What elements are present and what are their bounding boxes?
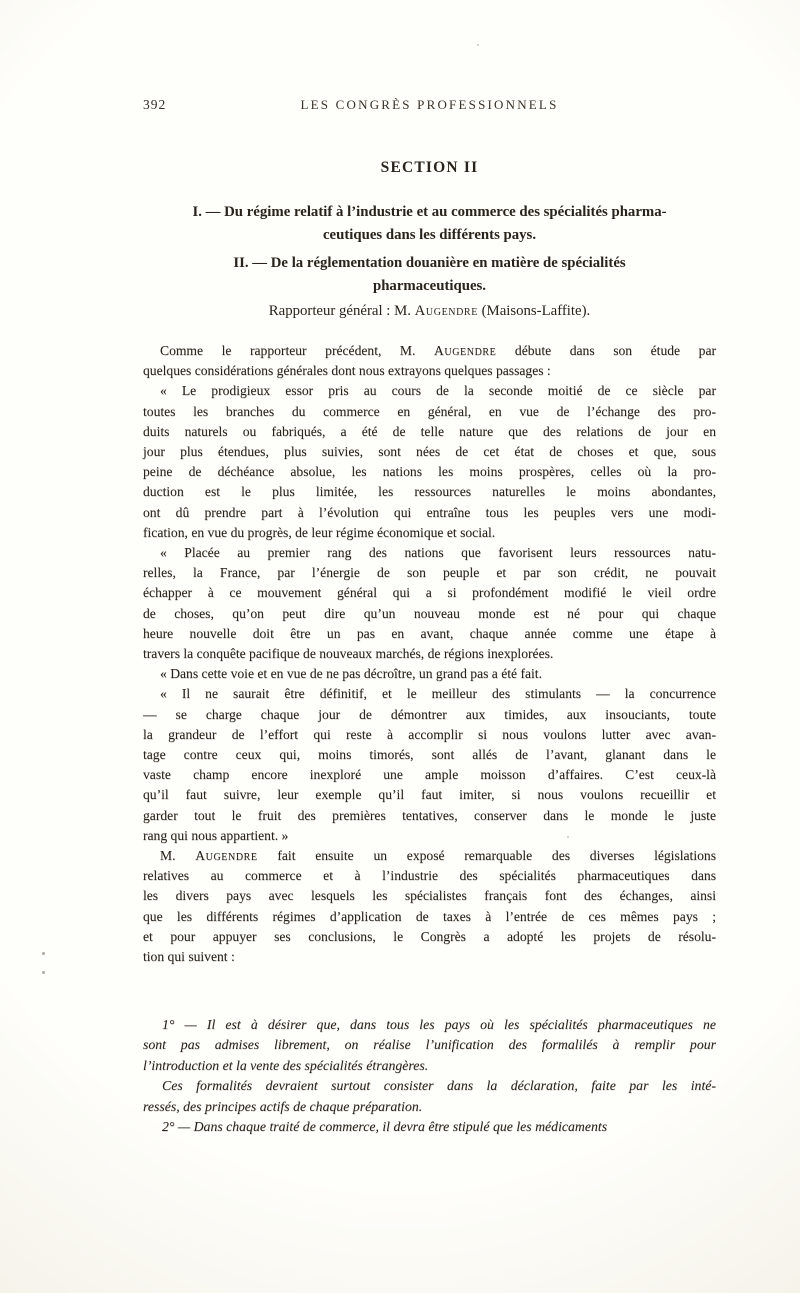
text-line: que les différents régimes d’application… (143, 907, 716, 927)
section-title: SECTION II (143, 159, 716, 177)
resolutions-text: 1° — Il est à désirer que, dans tous les… (143, 1015, 716, 1137)
text-line: « Le prodigieux essor pris au cours de l… (143, 381, 716, 401)
text-line: duits naturels ou fabriqués, a été de te… (143, 422, 716, 442)
text-line: « Dans cette voie et en vue de ne pas dé… (143, 664, 716, 684)
text-line: et pour appuyer ses conclusions, le Cong… (143, 927, 716, 947)
text-line: « Il ne saurait être définitif, et le me… (143, 684, 716, 704)
text-line: tion qui suivent : (143, 947, 716, 967)
text-line: — se charge chaque jour de démontrer aux… (143, 705, 716, 725)
text-line: l’introduction et la vente des spécialit… (143, 1056, 716, 1076)
text-line: la grandeur de l’effort qui reste à acco… (143, 725, 716, 745)
paragraph: M. Augendre fait ensuite un exposé remar… (143, 846, 716, 967)
heading-line: I. — Du régime relatif à l’industrie et … (143, 201, 716, 224)
text-line: fication, en vue du progrès, de leur rég… (143, 523, 716, 543)
text-line: M. Augendre fait ensuite un exposé remar… (143, 846, 716, 866)
text-line: de choses, qu’on peut dire qu’un nouveau… (143, 604, 716, 624)
body-text: Comme le rapporteur précédent, M. Augend… (143, 341, 716, 967)
text-line: Comme le rapporteur précédent, M. Augend… (143, 341, 716, 361)
text-line: sont pas admises librement, on réalise l… (143, 1035, 716, 1055)
paragraph: Comme le rapporteur précédent, M. Augend… (143, 341, 716, 381)
running-title: LES CONGRÈS PROFESSIONNELS (143, 97, 716, 113)
text-line: toutes les branches du commerce en génér… (143, 402, 716, 422)
scanned-book-page: 392 LES CONGRÈS PROFESSIONNELS SECTION I… (0, 0, 800, 1293)
text-line: peine de déchéance absolue, les nations … (143, 462, 716, 482)
text-line: 1° — Il est à désirer que, dans tous les… (143, 1015, 716, 1035)
text-line: ont dû prendre part à l’évolution qui en… (143, 503, 716, 523)
paragraph: Ces formalités devraient surtout consist… (143, 1076, 716, 1117)
heading-line: ceutiques dans les différents pays. (143, 224, 716, 247)
text-line: relatives au commerce et à l’industrie d… (143, 866, 716, 886)
text-line: tage contre ceux qui, moins timorés, son… (143, 745, 716, 765)
text-line: rang qui nous appartient. » (143, 826, 716, 846)
text-line: 2° — Dans chaque traité de commerce, il … (143, 1117, 716, 1137)
paragraph: « Le prodigieux essor pris au cours de l… (143, 381, 716, 543)
heading-item-2: II. — De la réglementation douanière en … (143, 252, 716, 297)
scan-speck (42, 952, 45, 955)
text-line: qu’il faut suivre, leur exemple qu’il fa… (143, 785, 716, 805)
paragraph: « Placée au premier rang des nations que… (143, 543, 716, 664)
text-line: les divers pays avec lesquels les spécia… (143, 886, 716, 906)
text-line: Ces formalités devraient surtout consist… (143, 1076, 716, 1096)
text-line: relles, la France, par l’énergie de son … (143, 563, 716, 583)
heading-line: pharmaceutiques. (143, 275, 716, 298)
text-line: travers la conquête pacifique de nouveau… (143, 644, 716, 664)
text-line: jour plus étendues, plus suivies, sont n… (143, 442, 716, 462)
paragraph: « Dans cette voie et en vue de ne pas dé… (143, 664, 716, 684)
text-line: garder tout le fruit des premières tenta… (143, 806, 716, 826)
paragraph: 2° — Dans chaque traité de commerce, il … (143, 1117, 716, 1137)
text-line: quelques considérations générales dont n… (143, 361, 716, 381)
heading-line: II. — De la réglementation douanière en … (143, 252, 716, 275)
scan-speck (42, 971, 45, 974)
heading-item-1: I. — Du régime relatif à l’industrie et … (143, 201, 716, 246)
scan-speck (567, 836, 569, 838)
text-line: heure nouvelle doit être un pas en avant… (143, 624, 716, 644)
rapporteur-line: Rapporteur général : M. Augendre (Maison… (143, 303, 716, 320)
text-line: échapper à ce mouvement général qui a si… (143, 583, 716, 603)
scan-speck (477, 44, 479, 46)
running-header: 392 LES CONGRÈS PROFESSIONNELS (143, 97, 716, 115)
paragraph: « Il ne saurait être définitif, et le me… (143, 684, 716, 846)
text-line: ressés, des principes actifs de chaque p… (143, 1097, 716, 1117)
paragraph: 1° — Il est à désirer que, dans tous les… (143, 1015, 716, 1076)
text-line: vaste champ encore inexploré une ample m… (143, 765, 716, 785)
text-line: « Placée au premier rang des nations que… (143, 543, 716, 563)
text-line: duction est le plus limitée, les ressour… (143, 482, 716, 502)
